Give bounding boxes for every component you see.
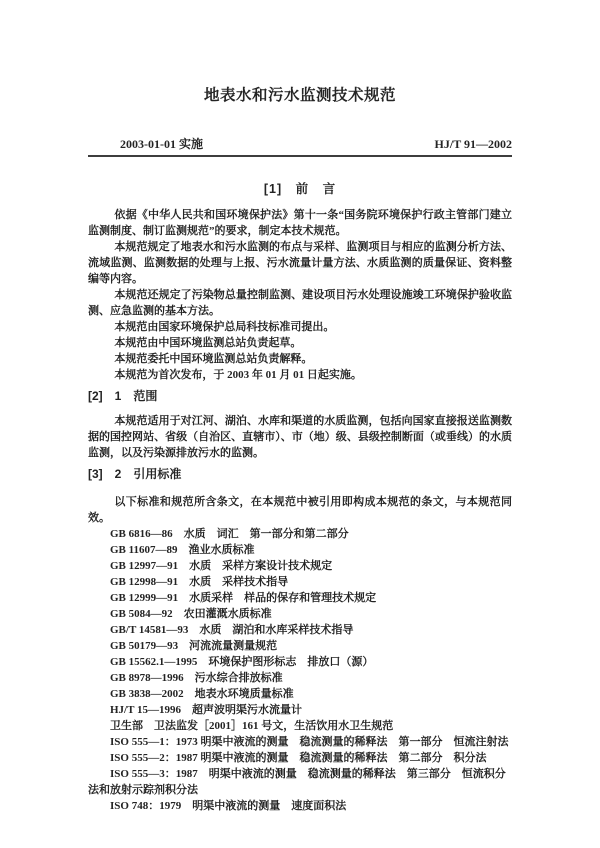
foreword-paragraph: 依据《中华人民共和国环境保护法》第十一条“国务院环境保护行政主管部门建立监测制度…	[88, 207, 512, 239]
scope-paragraph: 本规范适用于对江河、湖泊、水库和渠道的水质监测，包括向国家直接报送监测数据的国控…	[88, 413, 512, 461]
standard-item: GB 11607—89 渔业水质标准	[88, 542, 512, 558]
foreword-paragraph: 本规范规定了地表水和污水监测的布点与采样、监测项目与相应的监测分析方法、流域监测…	[88, 239, 512, 287]
header-rule	[88, 155, 512, 157]
standard-item: 卫生部 卫法监发［2001］161 号文，生活饮用水卫生规范	[88, 718, 512, 734]
foreword-paragraph: 本规范由中国环境监测总站负责起草。	[88, 335, 512, 351]
scope-heading: [2] 1 范围	[88, 389, 512, 403]
standard-number: HJ/T 91—2002	[435, 138, 512, 151]
foreword-paragraph: 本规范委托中国环境监测总站负责解释。	[88, 351, 512, 367]
foreword-paragraph: 本规范还规定了污染物总量控制监测、建设项目污水处理设施竣工环境保护验收监测、应急…	[88, 287, 512, 319]
foreword-paragraph: 本规范由国家环境保护总局科技标准司提出。	[88, 319, 512, 335]
standard-item: GB/T 14581—93 水质 湖泊和水库采样技术指导	[88, 622, 512, 638]
standard-item: GB 15562.1—1995 环境保护图形标志 排放口（源）	[88, 654, 512, 670]
foreword-paragraph: 本规范为首次发布，于 2003 年 01 月 01 日起实施。	[88, 367, 512, 383]
standard-header-row: 2003-01-01 实施 HJ/T 91—2002	[88, 138, 512, 151]
standard-item: ISO 555—3：1987 明渠中液流的测量 稳流测量的稀释法 第三部分 恒流…	[88, 766, 512, 798]
document-page: 地表水和污水监测技术规范 2003-01-01 实施 HJ/T 91—2002 …	[0, 0, 600, 848]
standard-item: HJ/T 15—1996 超声波明渠污水流量计	[88, 702, 512, 718]
document-title: 地表水和污水监测技术规范	[88, 88, 512, 104]
standard-item: ISO 555—2：1987 明渠中液流的测量 稳流测量的稀释法 第二部分 积分…	[88, 750, 512, 766]
standard-item: ISO 748：1979 明渠中液流的测量 速度面积法	[88, 798, 512, 814]
standard-item: GB 12999—91 水质采样 样品的保存和管理技术规定	[88, 590, 512, 606]
references-heading: [3] 2 引用标准	[88, 467, 512, 481]
standard-item: GB 5084—92 农田灌溉水质标准	[88, 606, 512, 622]
standard-item: GB 8978—1996 污水综合排放标准	[88, 670, 512, 686]
standard-item: ISO 555—1：1973 明渠中液流的测量 稳流测量的稀释法 第一部分 恒流…	[88, 734, 512, 750]
standard-item: GB 12997—91 水质 采样方案设计技术规定	[88, 558, 512, 574]
standard-item: GB 50179—93 河流流量测量规范	[88, 638, 512, 654]
standard-item: GB 6816—86 水质 词汇 第一部分和第二部分	[88, 526, 512, 542]
references-intro: 以下标准和规范所含条文，在本规范中被引用即构成本规范的条文，与本规范同效。	[88, 494, 512, 526]
implementation-date: 2003-01-01 实施	[120, 138, 203, 151]
standard-item: GB 3838—2002 地表水环境质量标准	[88, 686, 512, 702]
foreword-heading: [1] 前 言	[88, 182, 512, 196]
standard-item: GB 12998—91 水质 采样技术指导	[88, 574, 512, 590]
document-content: 地表水和污水监测技术规范 2003-01-01 实施 HJ/T 91—2002 …	[88, 0, 512, 814]
